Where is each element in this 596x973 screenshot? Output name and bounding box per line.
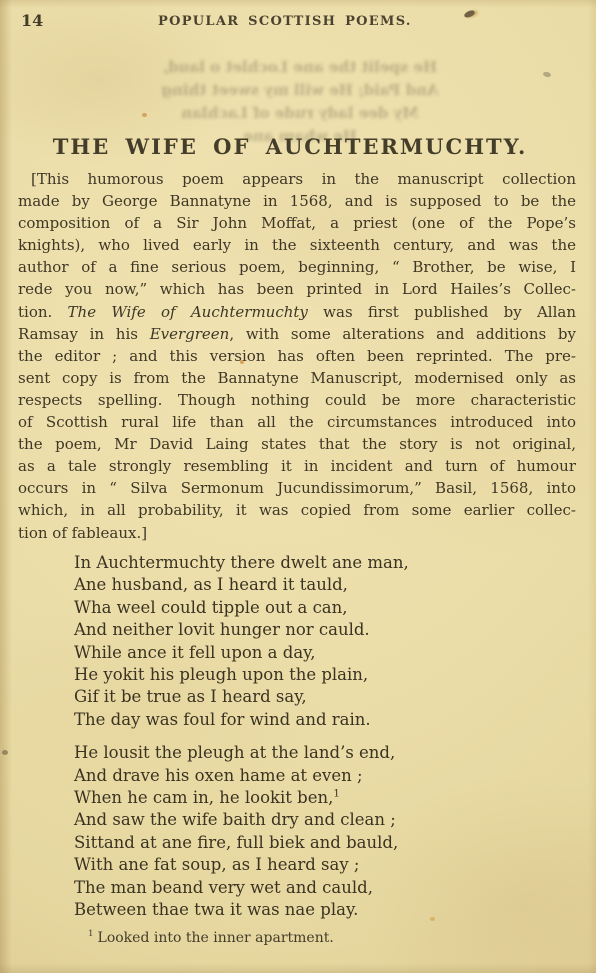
bleed-through-line: He spelit the ane Lochlet o laud, (130, 56, 470, 79)
intro-line: sent copy is from the Bannatyne Manuscri… (18, 367, 576, 389)
poem-stanza: In Auchtermuchty there dwelt ane man,Ane… (74, 552, 409, 731)
poem-line: And drave his oxen hame at even ; (74, 765, 409, 787)
intro-line: tion. The Wife of Auchtermuchty was firs… (18, 301, 576, 323)
intro-line: of Scottish rural life than all the circ… (18, 411, 576, 433)
intro-line: occurs in “ Silva Sermonum Jucundissimor… (18, 477, 576, 499)
intro-text-segment: sent copy is from the Bannatyne Manuscri… (18, 369, 576, 387)
poem-stanza: He lousit the pleugh at the land’s end,A… (74, 742, 409, 921)
intro-text-segment: knights), who lived early in the sixteen… (18, 236, 576, 254)
intro-text-segment: rede you now,” which has been printed in… (18, 280, 576, 298)
intro-line: which, in all probability, it was copied… (18, 499, 576, 521)
intro-text-segment: Ramsay in his (18, 325, 150, 343)
footnote-marker: 1 (88, 929, 94, 939)
poem-line: Between thae twa it was nae play. (74, 899, 409, 921)
intro-text-segment: which, in all probability, it was copied… (18, 501, 576, 519)
intro-line: the poem, Mr David Laing states that the… (18, 433, 576, 455)
intro-text-segment: the editor ; and this version has often … (18, 347, 576, 365)
poem: In Auchtermuchty there dwelt ane man,Ane… (74, 552, 409, 933)
intro-line: Ramsay in his Evergreen, with some alter… (18, 323, 576, 345)
poem-line: Ane husband, as I heard it tauld, (74, 574, 409, 596)
ink-blot (463, 9, 475, 18)
footnote: 1Looked into the inner apartment. (88, 930, 334, 946)
running-title: POPULAR SCOTTISH POEMS. (158, 14, 412, 29)
footnote-text: Looked into the inner apartment. (98, 930, 334, 946)
intro-text-segment: tion. (18, 303, 68, 321)
footnote-reference: 1 (333, 789, 340, 800)
poem-line: Sittand at ane fire, full biek and bauld… (74, 832, 409, 854)
bleed-through-line: My dee lady rude of Lachlan (130, 102, 470, 125)
poem-line: When he cam in, he lookit ben,1 (74, 787, 409, 809)
intro-text-segment: made by George Bannatyne in 1568, and is… (18, 192, 576, 210)
intro-line: composition of a Sir John Moffat, a prie… (18, 212, 576, 234)
intro-text-segment: occurs in “ Silva Sermonum Jucundissimor… (18, 479, 576, 497)
intro-text-segment: composition of a Sir John Moffat, a prie… (18, 214, 576, 232)
poem-line: Wha weel could tipple out a can, (74, 597, 409, 619)
poem-line: He lousit the pleugh at the land’s end, (74, 742, 409, 764)
bleed-through-line: And Paid; He will my sweet thing (130, 79, 470, 102)
paper-mark (543, 71, 552, 78)
poem-title: THE WIFE OF AUCHTERMUCHTY. (30, 134, 550, 159)
intro-line: knights), who lived early in the sixteen… (18, 234, 576, 256)
book-page: 14 POPULAR SCOTTISH POEMS. He spelit the… (0, 0, 596, 973)
foxing-spot (142, 113, 147, 117)
poem-line: And neither lovit hunger nor cauld. (74, 619, 409, 641)
poem-line: The man beand very wet and cauld, (74, 877, 409, 899)
intro-text-segment: [This humorous poem appears in the manus… (31, 170, 576, 188)
intro-line: as a tale strongly resembling it in inci… (18, 455, 576, 477)
intro-text-segment: author of a fine serious poem, beginning… (18, 258, 576, 276)
intro-text-segment: the poem, Mr David Laing states that the… (18, 435, 576, 453)
edge-mark (2, 750, 8, 755)
intro-line: tion of fableaux.] (18, 522, 576, 544)
poem-line: The day was foul for wind and rain. (74, 709, 409, 731)
poem-line: With ane fat soup, as I heard say ; (74, 854, 409, 876)
intro-line: made by George Bannatyne in 1568, and is… (18, 190, 576, 212)
intro-line: rede you now,” which has been printed in… (18, 278, 576, 300)
foxing-spot (430, 917, 435, 921)
intro-italic-segment: Evergreen (150, 325, 230, 343)
poem-line: And saw the wife baith dry and clean ; (74, 809, 409, 831)
poem-line: Gif it be true as I heard say, (74, 686, 409, 708)
poem-line: While ance it fell upon a day, (74, 642, 409, 664)
intro-text-segment: was first published by Allan (308, 303, 576, 321)
intro-line: [This humorous poem appears in the manus… (18, 168, 576, 190)
intro-text-segment: of Scottish rural life than all the circ… (18, 413, 576, 431)
intro-paragraph: [This humorous poem appears in the manus… (18, 168, 576, 544)
poem-line: In Auchtermuchty there dwelt ane man, (74, 552, 409, 574)
intro-text-segment: respects spelling. Though nothing could … (18, 391, 576, 409)
intro-line: respects spelling. Though nothing could … (18, 389, 576, 411)
intro-text-segment: , with some alterations and additions by (229, 325, 576, 343)
intro-line: the editor ; and this version has often … (18, 345, 576, 367)
page-number: 14 (21, 11, 43, 30)
poem-line: He yokit his pleugh upon the plain, (74, 664, 409, 686)
intro-text-segment: as a tale strongly resembling it in inci… (18, 457, 576, 475)
intro-italic-segment: The Wife of Auchtermuchty (68, 303, 308, 321)
intro-text-segment: tion of fableaux.] (18, 524, 147, 542)
intro-line: author of a fine serious poem, beginning… (18, 256, 576, 278)
